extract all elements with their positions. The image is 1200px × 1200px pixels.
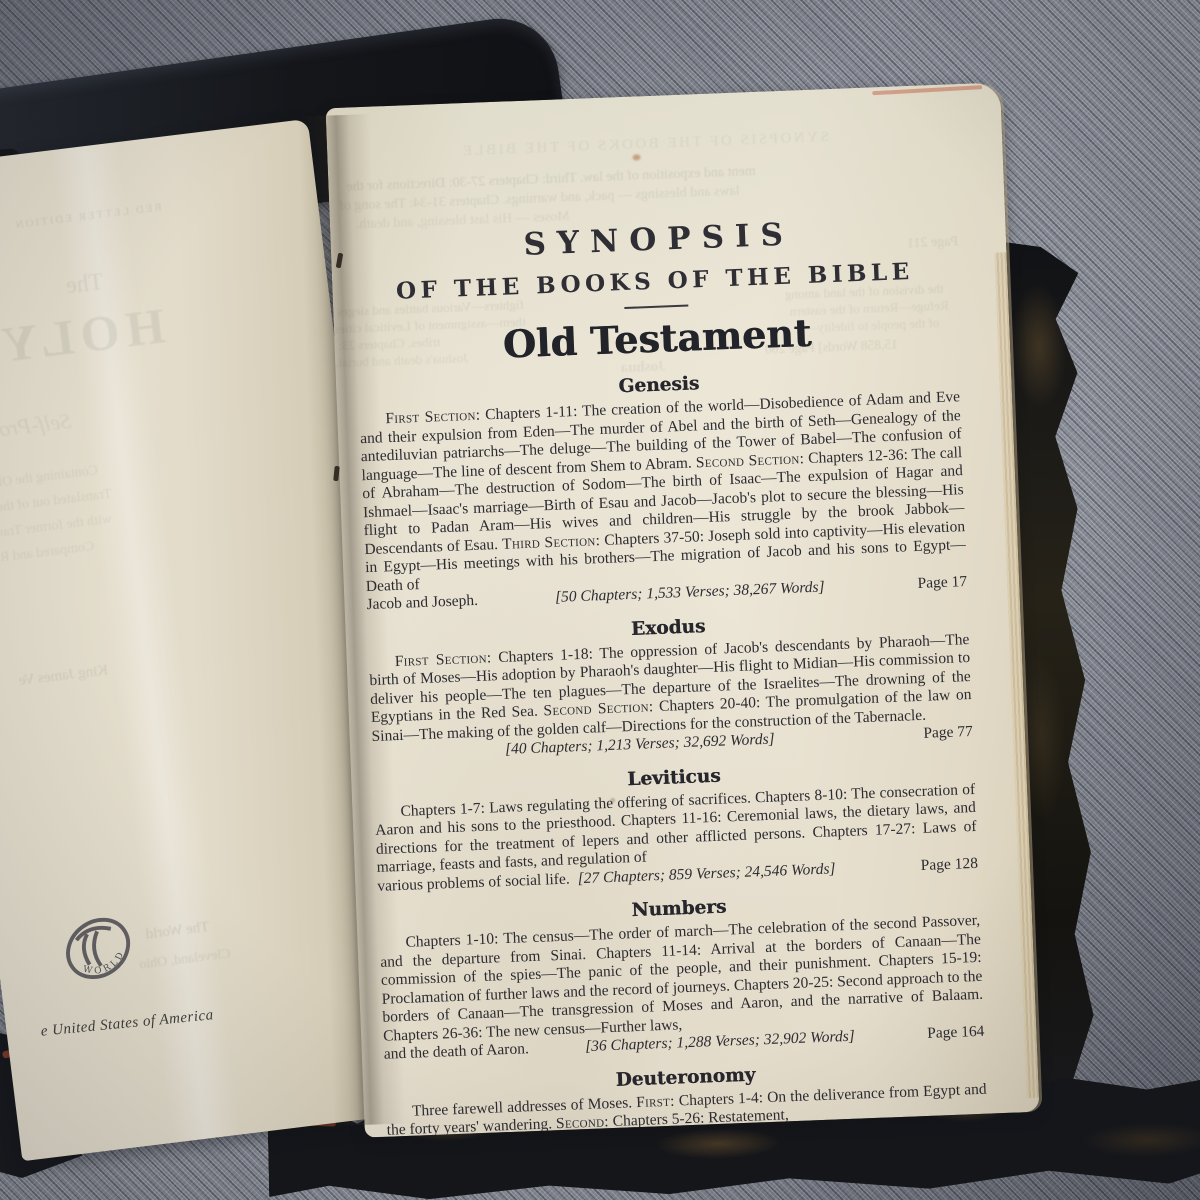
spacer [836, 870, 905, 873]
section-page-ref: Page 77 [923, 723, 973, 743]
divider-rule [624, 305, 688, 309]
section-numbers: NumbersChapters 1-10: The census—The ord… [378, 887, 984, 1064]
section-page-ref: Page 17 [917, 573, 967, 593]
bleed-through-text: Containing the Old an [0, 463, 99, 494]
bleed-through-text: Compared and Re [0, 539, 95, 567]
text-run: Second Section: [543, 698, 654, 719]
sections-container: GenesisFirst Section: Chapters 1-11: The… [358, 363, 988, 1137]
text-run: Chapters 1-10: The census—The order of m… [380, 912, 983, 1044]
photo-scene: RED LETTER EDITIONTheHOLY BISelf-PronCon… [0, 0, 1200, 1200]
text-run: First: [636, 1092, 675, 1110]
text-run: First Section: [394, 649, 491, 670]
section-leviticus: LeviticusChapters 1-7: Laws regulating t… [373, 755, 978, 895]
text-run: Third Section: [502, 532, 601, 553]
section-genesis: GenesisFirst Section: Chapters 1-11: The… [358, 363, 967, 614]
text-run: First Section: [385, 407, 480, 428]
section-page-ref: Page 164 [927, 1023, 985, 1044]
text-run: Second Section: [696, 450, 805, 471]
world-publisher-globe-icon: WORLD [44, 896, 153, 1002]
right-page: SYNOPSIS OF THE BOOKS OF THE BIBLEment a… [325, 82, 1039, 1137]
bleed-through-text: Self-Pron [0, 408, 73, 444]
bleed-through-text: King James Ve [18, 662, 109, 690]
page-content: SYNOPSIS OF THE BOOKS OF THE BIBLE Old T… [325, 82, 1039, 1137]
testament-heading: Old Testament [356, 304, 958, 372]
section-body: First Section: Chapters 1-11: The creati… [359, 388, 967, 596]
section-page-ref: Page 128 [920, 854, 978, 875]
section-exodus: ExodusFirst Section: Chapters 1-18: The … [367, 606, 973, 765]
